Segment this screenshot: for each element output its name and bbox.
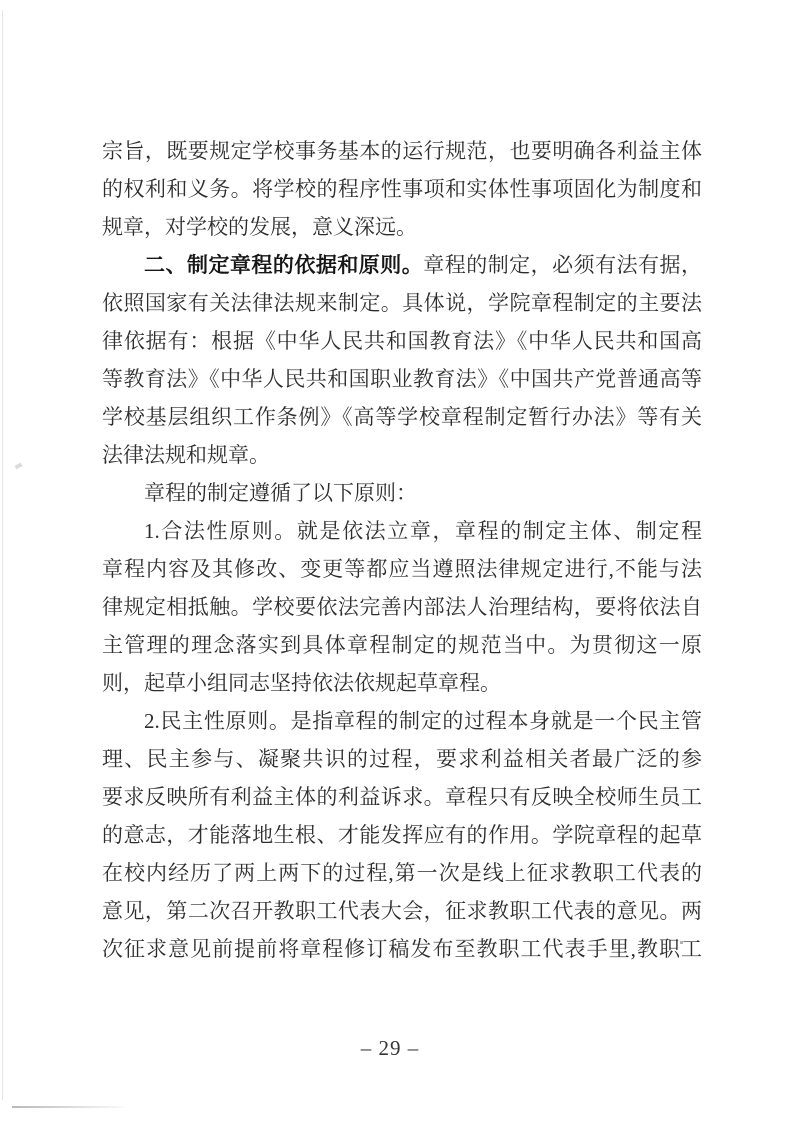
text-line: 章程内容及其修改、变更等都应当遵照法律规定进行,不能与法	[102, 550, 702, 588]
text-line: 的意志，才能落地生根、才能发挥应有的作用。学院章程的起草	[102, 816, 702, 854]
text-run: 律规定相抵触。学校要依法完善内部法人治理结构，要将依法自	[102, 595, 702, 619]
text-run: 等教育法》《中华人民共和国职业教育法》《中国共产党普通高等	[102, 367, 702, 391]
text-run: 宗旨，既要规定学校事务基本的运行规范，也要明确各利益主体	[102, 139, 702, 163]
text-run: 则，起草小组同志坚持依法依规起草章程。	[102, 671, 501, 695]
scan-edge-artifact	[2, 10, 3, 1100]
document-page: 宗旨，既要规定学校事务基本的运行规范，也要明确各利益主体的权利和义务。将学校的程…	[0, 0, 793, 1121]
text-run: 的权利和义务。将学校的程序性事项和实体性事项固化为制度和	[102, 177, 702, 201]
body-text: 宗旨，既要规定学校事务基本的运行规范，也要明确各利益主体的权利和义务。将学校的程…	[102, 132, 702, 968]
text-line: 章程的制定遵循了以下原则：	[102, 474, 702, 512]
scan-speck	[14, 463, 22, 470]
text-line: 规章，对学校的发展，意义深远。	[102, 208, 702, 246]
text-run: 章程内容及其修改、变更等都应当遵照法律规定进行,不能与法	[102, 557, 702, 581]
text-run: 1.合法性原则。就是依法立章，章程的制定主体、制定程序、	[102, 519, 702, 550]
text-line: 理、民主参与、凝聚共识的过程，要求利益相关者最广泛的参与，	[102, 740, 702, 778]
scan-streak-artifact	[12, 1106, 124, 1108]
text-line: 等教育法》《中华人民共和国职业教育法》《中国共产党普通高等	[102, 360, 702, 398]
page-number: – 29 –	[0, 1036, 780, 1061]
text-line: 依照国家有关法律法规来制定。具体说，学院章程制定的主要法	[102, 284, 702, 322]
text-run: 要求反映所有利益主体的利益诉求。章程只有反映全校师生员工	[102, 785, 702, 809]
text-line: 宗旨，既要规定学校事务基本的运行规范，也要明确各利益主体	[102, 132, 702, 170]
text-line: 二、制定章程的依据和原则。章程的制定，必须有法有据，	[102, 246, 702, 284]
text-line: 主管理的理念落实到具体章程制定的规范当中。为贯彻这一原	[102, 626, 702, 664]
text-run: 依照国家有关法律法规来制定。具体说，学院章程制定的主要法	[102, 291, 702, 315]
text-run: 次征求意见前提前将章程修订稿发布至教职工代表手里,教职工	[102, 937, 702, 961]
text-run: 2.民主性原则。是指章程的制定的过程本身就是一个民主管	[144, 709, 702, 733]
text-line: 意见，第二次召开教职工代表大会，征求教职工代表的意见。两	[102, 892, 702, 930]
text-run: 学校基层组织工作条例》《高等学校章程制定暂行办法》等有关	[102, 405, 702, 429]
section-heading-run: 二、制定章程的依据和原则。	[144, 254, 423, 277]
text-run: 章程的制定遵循了以下原则：	[144, 481, 417, 505]
text-line: 的权利和义务。将学校的程序性事项和实体性事项固化为制度和	[102, 170, 702, 208]
text-run: 主管理的理念落实到具体章程制定的规范当中。为贯彻这一原	[102, 633, 702, 657]
text-line: 次征求意见前提前将章程修订稿发布至教职工代表手里,教职工	[102, 930, 702, 968]
text-line: 法律法规和规章。	[102, 436, 702, 474]
text-run: 规章，对学校的发展，意义深远。	[102, 215, 417, 239]
text-line: 1.合法性原则。就是依法立章，章程的制定主体、制定程序、	[102, 512, 702, 550]
text-run: 的意志，才能落地生根、才能发挥应有的作用。学院章程的起草	[102, 823, 702, 847]
text-line: 律规定相抵触。学校要依法完善内部法人治理结构，要将依法自	[102, 588, 702, 626]
text-line: 要求反映所有利益主体的利益诉求。章程只有反映全校师生员工	[102, 778, 702, 816]
text-run: 法律法规和规章。	[102, 443, 270, 467]
text-line: 学校基层组织工作条例》《高等学校章程制定暂行办法》等有关	[102, 398, 702, 436]
text-run: 在校内经历了两上两下的过程,第一次是线上征求教职工代表的	[102, 861, 702, 885]
text-run: 理、民主参与、凝聚共识的过程，要求利益相关者最广泛的参与，	[102, 747, 702, 778]
text-line: 在校内经历了两上两下的过程,第一次是线上征求教职工代表的	[102, 854, 702, 892]
text-line: 则，起草小组同志坚持依法依规起草章程。	[102, 664, 702, 702]
text-line: 律依据有：根据《中华人民共和国教育法》《中华人民共和国高	[102, 322, 702, 360]
text-run: 意见，第二次召开教职工代表大会，征求教职工代表的意见。两	[102, 899, 702, 923]
text-run: 律依据有：根据《中华人民共和国教育法》《中华人民共和国高	[102, 329, 702, 353]
text-run: 章程的制定，必须有法有据，	[423, 253, 702, 277]
text-line: 2.民主性原则。是指章程的制定的过程本身就是一个民主管	[102, 702, 702, 740]
